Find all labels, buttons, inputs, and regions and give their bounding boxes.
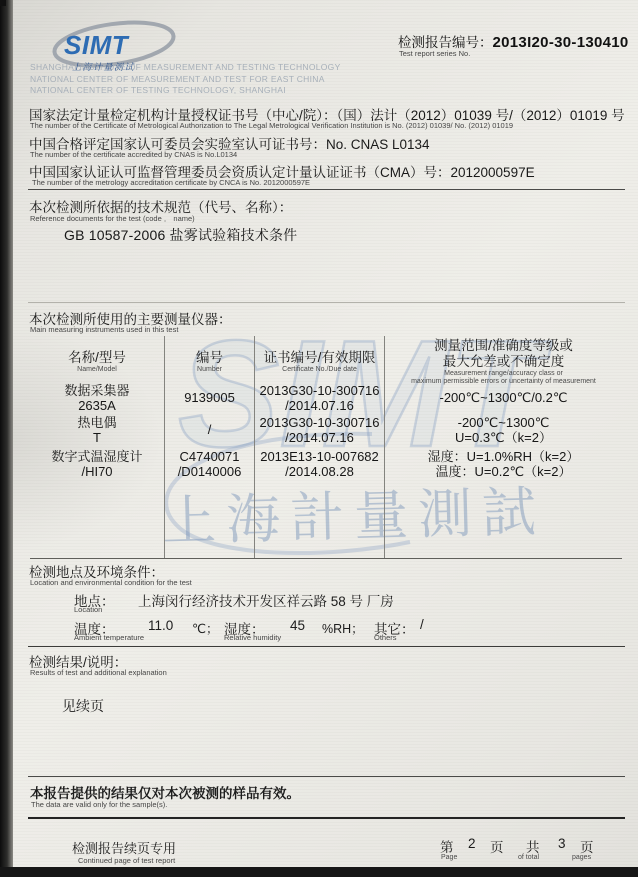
table-row: 数字式温湿度计 /HI70: [30, 446, 164, 482]
environment-title-en: Location and environmental condition for…: [30, 578, 192, 587]
results-content: 见续页: [62, 696, 104, 716]
page-number-total: 3: [558, 836, 566, 851]
temperature-label-en: Ambient temperature: [74, 633, 144, 642]
scan-edge-bottom: [0, 867, 638, 877]
temperature-unit: ℃；: [192, 619, 219, 637]
cell-certificate: /2014.08.28: [285, 464, 354, 480]
temperature-value: 11.0: [148, 618, 173, 633]
divider-results: [28, 646, 625, 647]
divider-validity-top: [28, 776, 625, 777]
table-row: 9139005: [165, 382, 254, 414]
column-header-range: 测量范围/准确度等级或 最大允差或不确定度 Measurement range/…: [385, 336, 622, 382]
header-range-en1: Measurement range/accuracy class or: [444, 370, 563, 379]
others-value: /: [420, 617, 424, 632]
cell-certificate: 2013E13-10-007682: [260, 449, 379, 465]
table-row: /: [165, 414, 254, 446]
cell-name: 2635A: [78, 398, 116, 414]
institute-line-3: NATIONAL CENTER OF TESTING TECHNOLOGY, S…: [30, 85, 341, 97]
column-header-name: 名称/型号 Name/Model: [30, 336, 164, 382]
page-indicator-ye1: 页: [490, 836, 504, 856]
cell-range: 温度：U=0.2℃（k=2）: [436, 464, 572, 480]
report-number-line: 检测报告编号：2013I20-30-130410: [398, 31, 629, 51]
page-number-current: 2: [468, 836, 476, 851]
header-name-en: Name/Model: [77, 366, 117, 375]
institute-line-1: SHANGHAI INSTITUTE OF MEASUREMENT AND TE…: [30, 62, 341, 74]
header-range-cn2: 最大允差或不确定度: [443, 354, 565, 370]
scanned-test-report-page: SIMT 上海計量測試 SIMT 上海计量测试 SHANGHAI INSTITU…: [0, 0, 638, 877]
header-number-en: Number: [197, 366, 222, 375]
cell-number: /D0140006: [178, 464, 242, 480]
location-value: 上海闵行经济技术开发区祥云路 58 号 厂房: [138, 590, 394, 610]
table-row: -200℃~1300℃/0.2℃: [385, 382, 622, 414]
cell-number: /: [208, 422, 212, 438]
cell-range: U=0.3℃（k=2）: [455, 430, 552, 446]
column-header-certificate: 证书编号/有效期限 Certificate No./Due date: [255, 336, 384, 382]
header-range-en2: maximum permissible errors or uncertaint…: [411, 378, 596, 387]
page-indicator-di: 第: [440, 836, 454, 856]
footer-continued-page-cn: 检测报告续页专用: [72, 838, 176, 857]
cell-name: /HI70: [81, 464, 112, 480]
cert-cma-en: The number of the metrology accreditatio…: [32, 178, 310, 187]
institute-line-2: NATIONAL CENTER OF MEASUREMENT AND TEST …: [30, 74, 341, 86]
page-indicator-gong: 共: [526, 836, 540, 856]
header-certificate-cn: 证书编号/有效期限: [264, 350, 376, 366]
footer-continued-page-en: Continued page of test report: [78, 856, 175, 865]
header-range-cn1: 测量范围/准确度等级或: [434, 338, 573, 354]
institute-name-lines: SHANGHAI INSTITUTE OF MEASUREMENT AND TE…: [30, 62, 341, 97]
divider-validity-bottom: [28, 817, 625, 819]
table-row: 2013G30-10-300716 /2014.07.16: [255, 414, 384, 446]
cell-range: -200℃~1300℃/0.2℃: [439, 390, 567, 406]
header-name-cn: 名称/型号: [68, 350, 126, 366]
cell-certificate: /2014.07.16: [285, 398, 354, 414]
humidity-label-en: Relative humidity: [224, 633, 281, 642]
header-certificate-en: Certificate No./Due date: [282, 366, 357, 375]
page-sublabel-pages: pages: [572, 854, 591, 861]
table-column-certificate: 证书编号/有效期限 Certificate No./Due date 2013G…: [255, 336, 385, 558]
column-header-number: 编号 Number: [165, 336, 254, 382]
instruments-table: 名称/型号 Name/Model 数据采集器 2635A 热电偶 T 数字式温湿…: [30, 336, 622, 559]
cell-range: 湿度：U=1.0%RH（k=2）: [428, 449, 580, 465]
cell-certificate: /2014.07.16: [285, 430, 354, 446]
table-column-name: 名称/型号 Name/Model 数据采集器 2635A 热电偶 T 数字式温湿…: [30, 336, 165, 558]
cell-number: C4740071: [180, 449, 240, 465]
scan-edge-left: [0, 0, 13, 877]
table-row: -200℃~1300℃ U=0.3℃（k=2）: [385, 414, 622, 446]
page-indicator-ye2: 页: [580, 836, 594, 856]
page-sublabel-page: Page: [441, 854, 457, 861]
cell-name: 数字式温湿度计: [51, 449, 142, 465]
table-row: C4740071 /D0140006: [165, 446, 254, 482]
results-title-en: Results of test and additional explanati…: [30, 668, 167, 677]
report-number-value: 2013I20-30-130410: [493, 34, 629, 51]
cell-name: 数据采集器: [64, 383, 129, 399]
humidity-value: 45: [290, 618, 305, 633]
others-label-en: Others: [374, 633, 397, 642]
cell-name: T: [93, 430, 101, 446]
location-label-en: Location: [74, 605, 102, 614]
cell-name: 热电偶: [77, 415, 116, 431]
divider-certificates: [28, 189, 625, 190]
table-row: 数据采集器 2635A: [30, 382, 164, 414]
page-sublabel-of-total: of total: [518, 854, 539, 861]
validity-statement-en: The data are valid only for the sample(s…: [31, 800, 167, 809]
table-column-range: 测量范围/准确度等级或 最大允差或不确定度 Measurement range/…: [385, 336, 622, 558]
validity-statement-cn: 本报告提供的结果仅对本次被测的样品有效。: [30, 782, 300, 802]
cell-certificate: 2013G30-10-300716: [260, 383, 380, 399]
instruments-title-en: Main measuring instruments used in this …: [30, 325, 178, 334]
humidity-unit: %RH；: [322, 619, 364, 637]
cell-number: 9139005: [184, 390, 235, 406]
table-row: 2013G30-10-300716 /2014.07.16: [255, 382, 384, 414]
divider-instruments: [28, 302, 625, 303]
report-number-label: 检测报告编号：: [398, 35, 493, 50]
table-row: 湿度：U=1.0%RH（k=2） 温度：U=0.2℃（k=2）: [385, 446, 622, 482]
cell-range: -200℃~1300℃: [458, 415, 550, 431]
scan-edge-corner: [0, 0, 6, 6]
cert-authorization-en: The number of the Certificate of Metrolo…: [30, 121, 513, 130]
table-column-number: 编号 Number 9139005 / C4740071 /D0140006: [165, 336, 255, 558]
reference-title-en: Reference documents for the test (code ．…: [30, 213, 195, 224]
header-number-cn: 编号: [196, 350, 223, 366]
reference-document: GB 10587-2006 盐雾试验箱技术条件: [64, 225, 297, 245]
table-row: 热电偶 T: [30, 414, 164, 446]
cell-certificate: 2013G30-10-300716: [260, 415, 380, 431]
table-row: 2013E13-10-007682 /2014.08.28: [255, 446, 384, 482]
simt-logo: SIMT: [64, 32, 128, 58]
cert-cnas-en: The number of the certificate accredited…: [30, 150, 237, 159]
report-number-en-label: Test report series No.: [399, 49, 470, 58]
